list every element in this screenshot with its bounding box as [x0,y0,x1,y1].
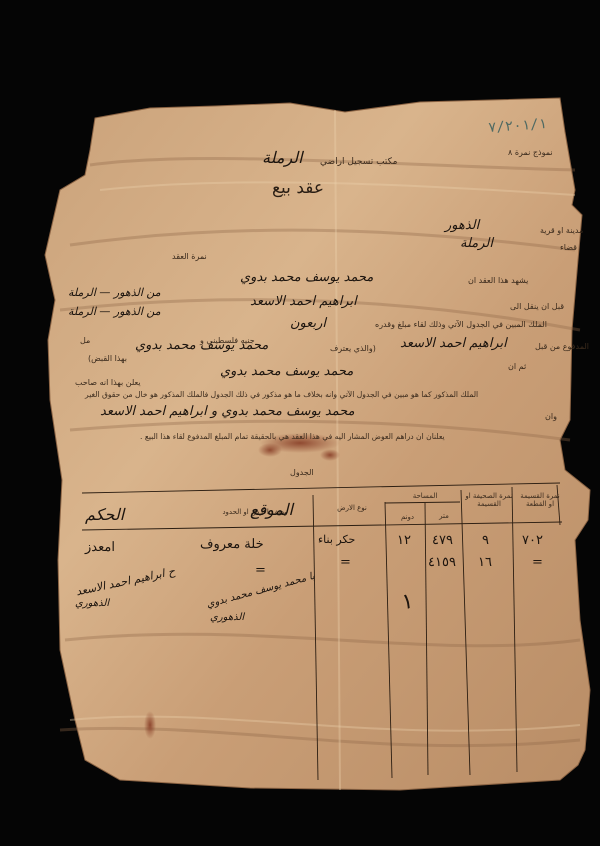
contract-number-label: نمرة العقد [172,252,207,261]
city-label: مدينة او قرية [540,226,583,235]
payer-name: ابراهيم احمد الاسعد [400,336,507,351]
body-line5-end: يعلن بهذا انه صاحب [75,378,141,387]
receiver-name: محمد يوسف محمد بدوي [135,338,268,353]
cell-notes: امعدز [85,540,115,555]
office-label: مكتب تسجيل اراضي [320,157,397,167]
cell-page: ١٦ [478,555,492,570]
document-title: عقد بيع [272,178,324,198]
header-parcel: نمرة القسيمة او القطعة [520,492,560,508]
body-line4-end: بهذا القبض) [88,354,127,363]
header-land-type: نوع الارض [318,504,386,512]
table-caption: الجدول [290,468,314,477]
parties-names: محمد يوسف محمد بدوي و ابراهيم احمد الاسع… [100,404,355,419]
header-area-meter: متر [428,512,460,520]
body-line4-label: المدفوع من قبل [535,342,589,351]
cell-dunum: ١٢ [397,533,411,548]
district-label: قضاء [560,243,577,252]
body-line4-text: (والذي يعترف [330,344,376,353]
cell-meter: ٤١٥٩ [428,555,456,570]
buyer-signature-sub: الذهوري [75,598,109,609]
header-location-handwritten: الموقع [250,500,293,519]
cell-land-type: حكر بناء [318,533,355,546]
city-value: الذهور [445,218,479,233]
header-area: المساحة [390,492,460,500]
cell-parcel: = [532,555,543,570]
seller-origin: من الذهور — الرملة [68,286,161,299]
header-page: نمرة الصحيفة او القسيمة [465,492,513,508]
body-line1-label: يشهد هذا العقد ان [468,276,528,285]
header-area-dunum: دونم [390,513,425,521]
district-value: الرملة [460,236,493,251]
body-line7-label: وان [545,412,557,421]
body-line8-text: يعلنان ان دراهم العوض المشار اليه في هذا… [140,432,445,441]
cell-description: خلة معروف [200,537,264,552]
cell-page: ٩ [482,533,489,548]
header-notes-handwritten: الحكم [85,505,124,524]
mil-label: مل [80,336,90,345]
form-number: نموذج نمرة ٨ [508,148,553,157]
office-name: الرملة [262,148,303,167]
body-line5-label: ثم ان [508,362,526,371]
cell-land-type: = [340,555,351,570]
body-line2-label: قبل ان ينقل الى [510,302,564,311]
buyer-origin: من الذهور — الرملة [68,305,161,318]
scanned-document: ٧/٢٠١/١ نموذج نمرة ٨ مكتب تسجيل اراضي ال… [0,0,600,846]
seller-name: محمد يوسف محمد بدوي [240,270,373,285]
owner-name: محمد يوسف محمد بدوي [220,364,353,379]
price-amount: اربعون [290,316,326,331]
seller-signature-sub: الذهوري [210,612,244,623]
body-line3-text: الملك المبين في الجدول الآتي وذلك لقاء م… [375,320,547,329]
buyer-name: ابراهيم احمد الاسعد [250,294,357,309]
cell-description: = [255,563,266,578]
body-line6-text: الملك المذكور كما هو مبين في الجدول الآت… [85,390,478,399]
cell-meter: ٤٧٩ [432,533,453,548]
cell-parcel: ٧٠٢ [522,533,543,548]
